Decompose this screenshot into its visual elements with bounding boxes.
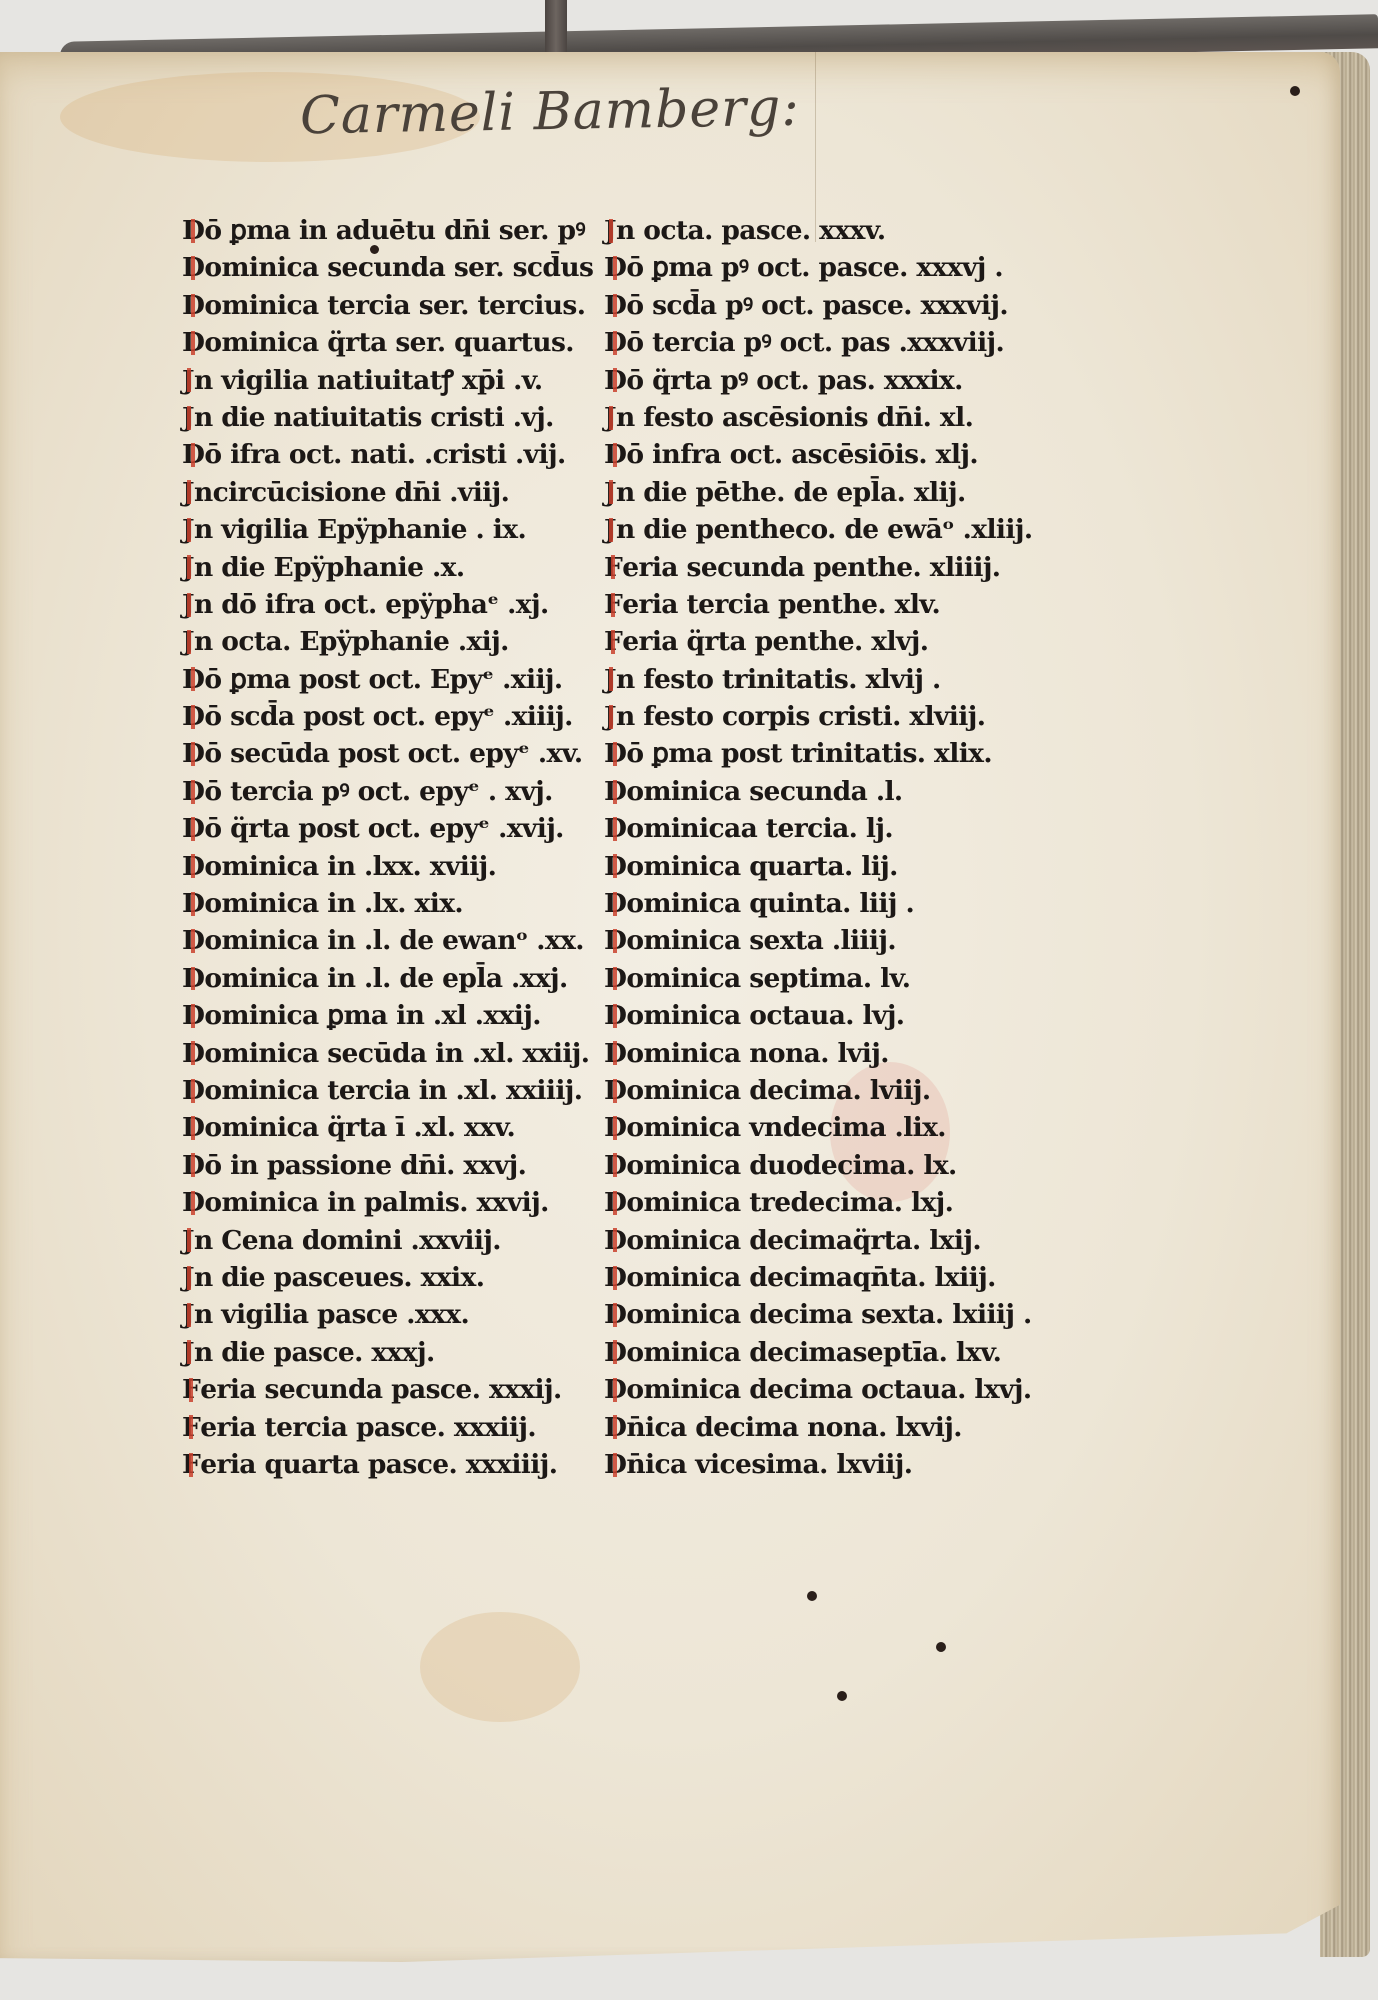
line-text: ominica duodecima. lx. [626,1150,956,1181]
rubricated-initial: D [182,997,204,1034]
line-text: n vigilia Epÿphanie . ix. [194,514,526,545]
line-text: ō q̈rta pꝰ oct. pas. xxxix. [626,365,962,396]
wormhole [807,1591,817,1601]
line-text: n festo ascēsionis dn̄i. xl. [616,402,973,433]
rubricated-initial: D [604,1334,626,1371]
text-line: Dominica in .lx. xix. [182,885,593,922]
text-line: Dō tercia pꝰ oct. epyᵉ . xvj. [182,773,593,810]
left-column: Dō ꝑma in aduētu dn̄i ser. pꝰDominica se… [182,212,593,1483]
rubricated-initial: D [604,1109,626,1146]
book-clasp [545,0,567,56]
text-line: Dominica decima. lviij. [604,1072,1032,1109]
text-line: Dominica tercia ser. tercius. [182,287,593,324]
line-text: n festo trinitatis. xlvij . [616,664,941,695]
rubricated-initial: D [182,1035,204,1072]
text-line: Jn die pēthe. de epl̄a. xlij. [604,474,1032,511]
text-line: Dominica tredecima. lxj. [604,1184,1032,1221]
rubricated-initial: J [182,511,194,548]
rubricated-initial: J [182,1296,194,1333]
text-line: Dominica quarta. lij. [604,848,1032,885]
line-text: ominica secunda .l. [626,776,902,807]
text-line: Jn dō ifra oct. epÿphaᵉ .xj. [182,586,593,623]
rubricated-initial: J [182,474,194,511]
text-line: Feria quarta pasce. xxxiiij. [182,1446,593,1483]
line-text: ominica decima octaua. lxvj. [626,1374,1031,1405]
rubricated-initial: D [604,1446,626,1483]
rubricated-initial: D [604,885,626,922]
text-line: Dominica tercia in .xl. xxiiij. [182,1072,593,1109]
line-text: n̄ica vicesima. lxviij. [626,1449,912,1480]
text-line: Dō q̈rta pꝰ oct. pas. xxxix. [604,362,1032,399]
line-text: ominica in .l. de ewanᵒ .xx. [204,925,584,956]
rubricated-initial: D [604,1371,626,1408]
text-line: Dominica septima. lv. [604,960,1032,997]
rubricated-initial: J [604,474,616,511]
rubricated-initial: D [182,1147,204,1184]
text-line: Dominica decimaseptīa. lxv. [604,1334,1032,1371]
rubricated-initial: D [604,810,626,847]
line-text: n die pasceues. xxix. [194,1262,484,1293]
rubricated-initial: F [182,1409,200,1446]
rubricated-initial: D [182,773,204,810]
text-line: Dominica secunda ser. scd̄us [182,249,593,286]
line-text: ō infra oct. ascēsiōis. xlj. [626,439,978,470]
text-line: Jn festo trinitatis. xlvij . [604,661,1032,698]
foxing-stain [420,1612,580,1722]
line-text: n octa. pasce. xxxv. [616,215,886,246]
line-text: ō ꝑma pꝰ oct. pasce. xxxvj . [626,252,1003,283]
rubricated-initial: F [604,623,622,660]
rubricated-initial: F [604,586,622,623]
rubricated-initial: D [604,773,626,810]
rubricated-initial: D [604,1184,626,1221]
text-line: Dō ꝑma pꝰ oct. pasce. xxxvj . [604,249,1032,286]
text-line: Dō tercia pꝰ oct. pas .xxxviij. [604,324,1032,361]
line-text: n vigilia natiuitatꝭ xp̄i .v. [194,365,543,396]
rubricated-initial: F [182,1371,200,1408]
line-text: ominica decimaq̈rta. lxij. [626,1225,981,1256]
text-line: Dō ꝑma post trinitatis. xlix. [604,735,1032,772]
line-text: ominica sexta .liiij. [626,925,896,956]
text-line: Jn die natiuitatis cristi .vj. [182,399,593,436]
rubricated-initial: D [182,735,204,772]
line-text: ominica octaua. lvj. [626,1000,904,1031]
line-text: ominica vndecima .lix. [626,1112,946,1143]
text-line: Dn̄ica decima nona. lxvij. [604,1409,1032,1446]
text-line: Dominica q̈rta ī .xl. xxv. [182,1109,593,1146]
text-line: Dominica duodecima. lx. [604,1147,1032,1184]
rubricated-initial: J [604,399,616,436]
line-text: eria q̈rta penthe. xlvj. [622,626,928,657]
text-line: Jn die Epÿphanie .x. [182,549,593,586]
text-line: Dō ꝑma post oct. Epyᵉ .xiij. [182,661,593,698]
line-text: ō scd̄a pꝰ oct. pasce. xxxvij. [626,290,1008,321]
rubricated-initial: D [182,436,204,473]
line-text: n die pasce. xxxj. [194,1337,435,1368]
text-line: Dominica in .lxx. xviij. [182,848,593,885]
text-line: Jn die pentheco. de ewāᵒ .xliij. [604,511,1032,548]
text-line: Dominica decima sexta. lxiiij . [604,1296,1032,1333]
rubricated-initial: D [182,922,204,959]
line-text: ominica tercia in .xl. xxiiij. [204,1075,582,1106]
line-text: ō ifra oct. nati. .cristi .vij. [204,439,565,470]
rubricated-initial: D [182,885,204,922]
text-line: Dominica secunda .l. [604,773,1032,810]
line-text: ō scd̄a post oct. epyᵉ .xiiij. [204,701,572,732]
rubricated-initial: D [182,848,204,885]
line-text: ominica q̈rta ī .xl. xxv. [204,1112,515,1143]
text-line: Dominica in .l. de ewanᵒ .xx. [182,922,593,959]
line-text: n Cena domini .xxviij. [194,1225,501,1256]
rubricated-initial: D [604,960,626,997]
line-text: ominica septima. lv. [626,963,910,994]
line-text: ominica decimaseptīa. lxv. [626,1337,1001,1368]
line-text: ō ꝑma post trinitatis. xlix. [626,738,992,769]
line-text: n die pēthe. de epl̄a. xlij. [616,477,966,508]
rubricated-initial: D [604,997,626,1034]
line-text: eria tercia pasce. xxxiij. [200,1412,536,1443]
rubricated-initial: J [182,1259,194,1296]
text-line: Dō in passione dn̄i. xxvj. [182,1147,593,1184]
right-column: Jn octa. pasce. xxxv.Dō ꝑma pꝰ oct. pasc… [604,212,1032,1483]
rubricated-initial: D [182,212,204,249]
line-text: n festo corpis cristi. xlviij. [616,701,985,732]
rubricated-initial: D [604,1259,626,1296]
rubricated-initial: J [182,1222,194,1259]
text-line: Dō infra oct. ascēsiōis. xlj. [604,436,1032,473]
line-text: ominica decimaqn̄ta. lxiij. [626,1262,995,1293]
rubricated-initial: D [604,1296,626,1333]
text-line: Feria tercia pasce. xxxiij. [182,1409,593,1446]
line-text: ominica ꝑma in .xl .xxij. [204,1000,541,1031]
text-line: Jn vigilia natiuitatꝭ xp̄i .v. [182,362,593,399]
line-text: ominica nona. lvij. [626,1038,888,1069]
text-line: Jn Cena domini .xxviij. [182,1222,593,1259]
line-text: ominica q̈rta ser. quartus. [204,327,574,358]
text-line: Dominica decima octaua. lxvj. [604,1371,1032,1408]
text-line: Dominica in palmis. xxvij. [182,1184,593,1221]
text-line: Dominica vndecima .lix. [604,1109,1032,1146]
rubricated-initial: D [604,436,626,473]
wormhole [936,1642,946,1652]
text-line: Dominicaa tercia. lj. [604,810,1032,847]
rubricated-initial: D [604,324,626,361]
wormhole [837,1691,847,1701]
line-text: ominica decima sexta. lxiiij . [626,1299,1031,1330]
rubricated-initial: F [182,1446,200,1483]
rubricated-initial: D [182,661,204,698]
rubricated-initial: J [182,1334,194,1371]
text-line: Dō q̈rta post oct. epyᵉ .xvij. [182,810,593,847]
rubricated-initial: D [604,1147,626,1184]
line-text: n die pentheco. de ewāᵒ .xliij. [616,514,1033,545]
line-text: ominica decima. lviij. [626,1075,930,1106]
line-text: ominicaa tercia. lj. [626,813,893,844]
line-text: ō tercia pꝰ oct. pas .xxxviij. [626,327,1004,358]
rubricated-initial: D [604,362,626,399]
text-line: Dominica nona. lvij. [604,1035,1032,1072]
text-line: Dō scd̄a pꝰ oct. pasce. xxxvij. [604,287,1032,324]
wormhole [1290,86,1300,96]
rubricated-initial: J [182,399,194,436]
line-text: ominica quinta. liij . [626,888,914,919]
rubricated-initial: D [604,1222,626,1259]
text-line: Dominica secūda in .xl. xxiij. [182,1035,593,1072]
text-line: Feria q̈rta penthe. xlvj. [604,623,1032,660]
rubricated-initial: D [604,287,626,324]
rubricated-initial: J [182,362,194,399]
line-text: n octa. Epÿphanie .xij. [194,626,509,657]
line-text: ō q̈rta post oct. epyᵉ .xvij. [204,813,563,844]
line-text: eria quarta pasce. xxxiiij. [200,1449,557,1480]
rubricated-initial: D [182,810,204,847]
text-line: Jn die pasceues. xxix. [182,1259,593,1296]
rubricated-initial: J [182,586,194,623]
rubricated-initial: D [182,249,204,286]
text-line: Dominica quinta. liij . [604,885,1032,922]
line-text: ominica secūda in .xl. xxiij. [204,1038,589,1069]
line-text: eria secunda penthe. xliiij. [622,552,1000,583]
text-line: Jn vigilia Epÿphanie . ix. [182,511,593,548]
text-line: Dominica sexta .liiij. [604,922,1032,959]
line-text: n die natiuitatis cristi .vj. [194,402,554,433]
text-line: Dn̄ica vicesima. lxviij. [604,1446,1032,1483]
line-text: eria secunda pasce. xxxij. [200,1374,561,1405]
line-text: n dō ifra oct. epÿphaᵉ .xj. [194,589,549,620]
text-line: Jncircūcisione dn̄i .viij. [182,474,593,511]
text-line: Feria secunda pasce. xxxij. [182,1371,593,1408]
text-line: Dominica octaua. lvj. [604,997,1032,1034]
line-text: eria tercia penthe. xlv. [622,589,940,620]
rubricated-initial: D [182,1072,204,1109]
rubricated-initial: J [604,698,616,735]
line-text: ncircūcisione dn̄i .viij. [194,477,509,508]
rubricated-initial: J [182,623,194,660]
rubricated-initial: F [604,549,622,586]
rubricated-initial: J [182,549,194,586]
rubricated-initial: D [604,249,626,286]
ownership-inscription: Carmeli Bamberg: [300,78,801,147]
line-text: ō ꝑma in aduētu dn̄i ser. pꝰ [204,215,585,246]
rubricated-initial: D [182,1109,204,1146]
line-text: ō in passione dn̄i. xxvj. [204,1150,526,1181]
rubricated-initial: J [604,511,616,548]
line-text: ominica in .lxx. xviij. [204,851,496,882]
text-line: Dominica ꝑma in .xl .xxij. [182,997,593,1034]
rubricated-initial: D [182,324,204,361]
line-text: ominica in .l. de epl̄a .xxj. [204,963,567,994]
rubricated-initial: D [604,735,626,772]
line-text: ominica tredecima. lxj. [626,1187,953,1218]
rubricated-initial: D [604,922,626,959]
line-text: ominica quarta. lij. [626,851,897,882]
text-line: Jn octa. Epÿphanie .xij. [182,623,593,660]
line-text: n die Epÿphanie .x. [194,552,465,583]
text-line: Dō ifra oct. nati. .cristi .vij. [182,436,593,473]
rubricated-initial: D [182,1184,204,1221]
text-line: Jn festo ascēsionis dn̄i. xl. [604,399,1032,436]
rubricated-initial: D [604,1409,626,1446]
text-line: Dō ꝑma in aduētu dn̄i ser. pꝰ [182,212,593,249]
line-text: n̄ica decima nona. lxvij. [626,1412,961,1443]
text-line: Dominica decimaqn̄ta. lxiij. [604,1259,1032,1296]
text-line: Dō scd̄a post oct. epyᵉ .xiiij. [182,698,593,735]
line-text: ominica in .lx. xix. [204,888,463,919]
rubricated-initial: J [604,212,616,249]
text-line: Dominica in .l. de epl̄a .xxj. [182,960,593,997]
line-text: ominica tercia ser. tercius. [204,290,585,321]
rubricated-initial: D [604,1035,626,1072]
line-text: ominica secunda ser. scd̄us [204,252,593,283]
rubricated-initial: D [604,848,626,885]
rubricated-initial: D [182,698,204,735]
line-text: n vigilia pasce .xxx. [194,1299,469,1330]
text-line: Jn festo corpis cristi. xlviij. [604,698,1032,735]
line-text: ō tercia pꝰ oct. epyᵉ . xvj. [204,776,552,807]
text-line: Dominica decimaq̈rta. lxij. [604,1222,1032,1259]
rubricated-initial: J [604,661,616,698]
rubricated-initial: D [182,287,204,324]
text-line: Jn vigilia pasce .xxx. [182,1296,593,1333]
line-text: ominica in palmis. xxvij. [204,1187,548,1218]
text-line: Jn octa. pasce. xxxv. [604,212,1032,249]
text-line: Jn die pasce. xxxj. [182,1334,593,1371]
rubricated-initial: D [182,960,204,997]
text-line: Feria tercia penthe. xlv. [604,586,1032,623]
text-line: Dominica q̈rta ser. quartus. [182,324,593,361]
line-text: ō ꝑma post oct. Epyᵉ .xiij. [204,664,562,695]
rubricated-initial: D [604,1072,626,1109]
line-text: ō secūda post oct. epyᵉ .xv. [204,738,582,769]
text-line: Feria secunda penthe. xliiij. [604,549,1032,586]
text-line: Dō secūda post oct. epyᵉ .xv. [182,735,593,772]
